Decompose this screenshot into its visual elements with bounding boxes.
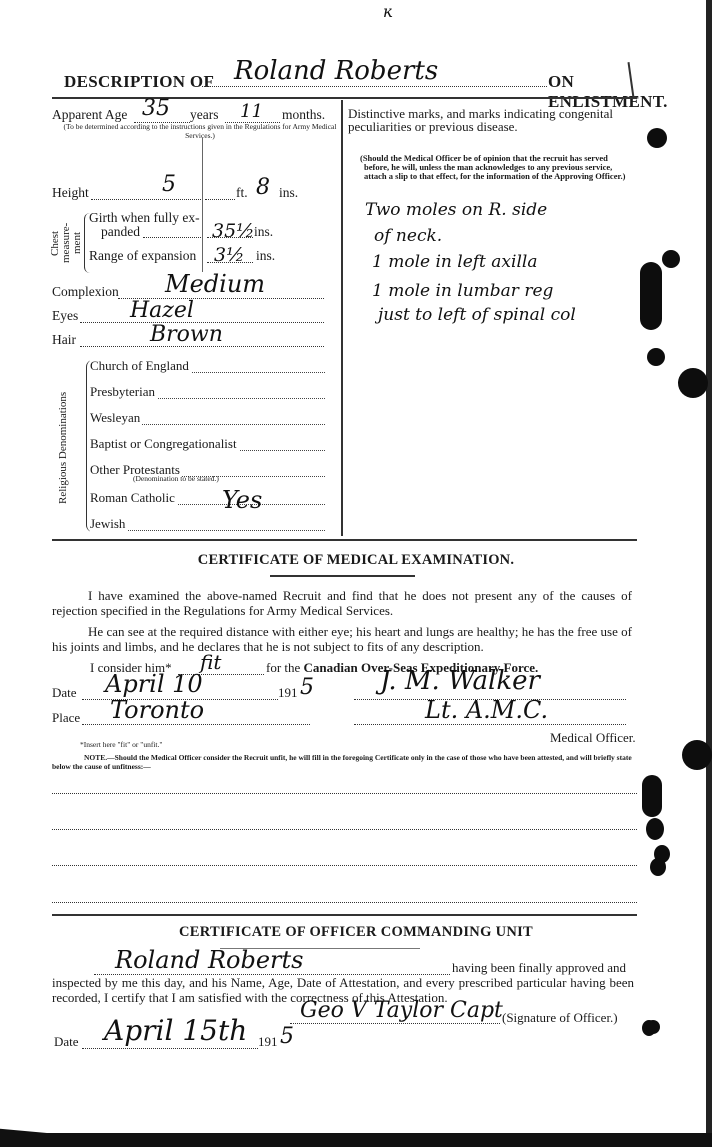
fitness-value: fit <box>200 650 221 674</box>
height-label: Height <box>52 185 89 201</box>
height-ins-value: 8 <box>256 175 270 200</box>
religion-label: Baptist or Congregationalist <box>90 436 239 452</box>
height-ft-dots <box>205 199 235 200</box>
religion-row-wesleyan: Wesleyan <box>90 410 325 428</box>
height-ft-value: 5 <box>162 172 176 197</box>
distinctive-marks-heading: Distinctive marks, and marks indicating … <box>348 107 636 133</box>
range-label: Range of expansion <box>89 248 196 264</box>
ink-blot <box>662 250 680 268</box>
ink-blot <box>647 128 667 148</box>
roman-catholic-value: Yes <box>222 486 262 514</box>
commanding-certificate-title: CERTIFICATE OF OFFICER COMMANDING UNIT <box>0 924 712 941</box>
marks-line-5: just to left of spinal col <box>378 305 576 325</box>
girth-label-2: panded <box>101 224 140 240</box>
fit-footnote: *Insert here "fit" or "unfit." <box>80 741 162 750</box>
commanding-signature-line <box>290 1023 500 1024</box>
hair-label: Hair <box>52 332 76 348</box>
girth-unit: ins. <box>254 224 273 240</box>
range-unit: ins. <box>256 248 275 264</box>
medical-date-value: April 10 <box>105 670 203 698</box>
header-name-line <box>202 86 547 87</box>
ink-blot <box>646 1020 660 1034</box>
hair-value: Brown <box>150 322 223 347</box>
religious-denominations-label: Religious Denominations <box>58 368 86 528</box>
marks-line-3: 1 mole in left axilla <box>372 252 537 272</box>
place-label: Place <box>52 710 80 726</box>
apparent-age-label: Apparent Age <box>52 107 127 123</box>
height-ins-label: ins. <box>279 185 298 201</box>
ink-blot <box>646 818 664 840</box>
religion-row-roman-catholic: Roman Catholic Yes <box>90 490 325 508</box>
ink-blot <box>682 740 712 770</box>
column-divider <box>341 100 343 536</box>
signature-of-officer-label: (Signature of Officer.) <box>502 1010 618 1026</box>
commanding-date-label: Date <box>54 1034 79 1050</box>
chest-measurement-label: Chest measure-ment <box>50 212 80 274</box>
officer-signature-line-2 <box>354 724 626 725</box>
height-ft-line <box>91 199 201 200</box>
age-months-value: 11 <box>240 101 263 122</box>
medical-year-prefix: 191 <box>278 685 298 701</box>
ink-blot <box>647 348 665 366</box>
ink-blot <box>678 368 708 398</box>
religion-label: Wesleyan <box>90 410 142 426</box>
marks-line-4: 1 mole in lumbar reg <box>372 281 553 301</box>
height-ft-label: ft. <box>236 185 248 201</box>
religion-row-jewish: Jewish <box>90 516 325 534</box>
complexion-label: Complexion <box>52 284 119 300</box>
officer-signature-1: J. M. Walker <box>380 666 540 696</box>
apparent-age-note: (To be determined according to the instr… <box>60 123 340 140</box>
religion-row-baptist: Baptist or Congregationalist <box>90 436 325 454</box>
medical-year-value: 5 <box>300 675 314 700</box>
religion-row-church-of-england: Church of England <box>90 358 325 376</box>
other-protestants-note: (Denomination to be stated.) <box>133 475 219 484</box>
religion-label: Jewish <box>90 516 127 532</box>
eyes-label: Eyes <box>52 308 78 324</box>
place-value: Toronto <box>110 696 204 724</box>
ink-blot <box>642 775 662 817</box>
medical-paragraph-2: He can see at the required distance with… <box>52 624 632 654</box>
distinctive-marks-note: (Should the Medical Officer be of opinio… <box>348 154 630 181</box>
torn-page-bottom <box>0 1133 712 1147</box>
age-years-label: years <box>190 107 218 123</box>
commanding-text-1: having been finally approved and <box>452 960 626 976</box>
commanding-year-prefix: 191 <box>258 1034 278 1050</box>
commanding-name-value: Roland Roberts <box>115 946 303 974</box>
medical-paragraph-1: I have examined the above-named Recruit … <box>52 588 632 618</box>
medical-officer-label: Medical Officer. <box>550 730 636 746</box>
unfitness-line-2 <box>52 829 637 830</box>
top-scribble-mark: ĸ <box>383 2 393 21</box>
unfitness-line-3 <box>52 865 637 866</box>
officer-signature-2: Lt. A.M.C. <box>425 696 548 724</box>
unfitness-note: NOTE.—Should the Medical Officer conside… <box>52 754 632 771</box>
marks-line-1: Two moles on R. side <box>365 200 547 220</box>
measure-divider <box>202 138 203 272</box>
ink-blot <box>640 262 662 330</box>
religion-row-presbyterian: Presbyterian <box>90 384 325 402</box>
religion-label: Roman Catholic <box>90 490 177 506</box>
recruit-name: Roland Roberts <box>234 56 438 86</box>
commanding-date-line <box>82 1048 258 1049</box>
age-months-label: months. <box>282 107 325 123</box>
age-years-value: 35 <box>142 96 170 121</box>
unfitness-line-1 <box>52 793 637 794</box>
religion-label: Presbyterian <box>90 384 157 400</box>
consider-suffix-plain: for the <box>266 660 304 675</box>
commanding-signature-value: Geo V Taylor Capt <box>300 998 503 1023</box>
girth-value: 35½ <box>212 220 255 242</box>
commanding-year-value: 5 <box>280 1024 294 1049</box>
girth-line-left <box>143 237 201 238</box>
range-value: 3½ <box>214 244 245 266</box>
medical-certificate-title: CERTIFICATE OF MEDICAL EXAMINATION. <box>0 552 712 569</box>
header-rule <box>52 97 637 99</box>
description-bottom-rule <box>52 539 637 541</box>
place-line <box>82 724 310 725</box>
eyes-value: Hazel <box>130 298 194 323</box>
commanding-date-value: April 15th <box>104 1014 247 1047</box>
document-header: DESCRIPTION OF Roland Roberts ON ENLISTM… <box>64 66 634 92</box>
page-edge-right <box>706 0 712 1147</box>
medical-title-rule <box>270 575 415 577</box>
medical-date-label: Date <box>52 685 77 701</box>
header-prefix: DESCRIPTION OF <box>64 72 214 92</box>
commanding-top-rule <box>52 914 637 916</box>
religion-label: Church of England <box>90 358 191 374</box>
unfitness-line-4 <box>52 902 637 903</box>
ink-blot <box>650 858 666 876</box>
complexion-value: Medium <box>165 270 265 298</box>
marks-line-2: of neck. <box>374 226 442 246</box>
